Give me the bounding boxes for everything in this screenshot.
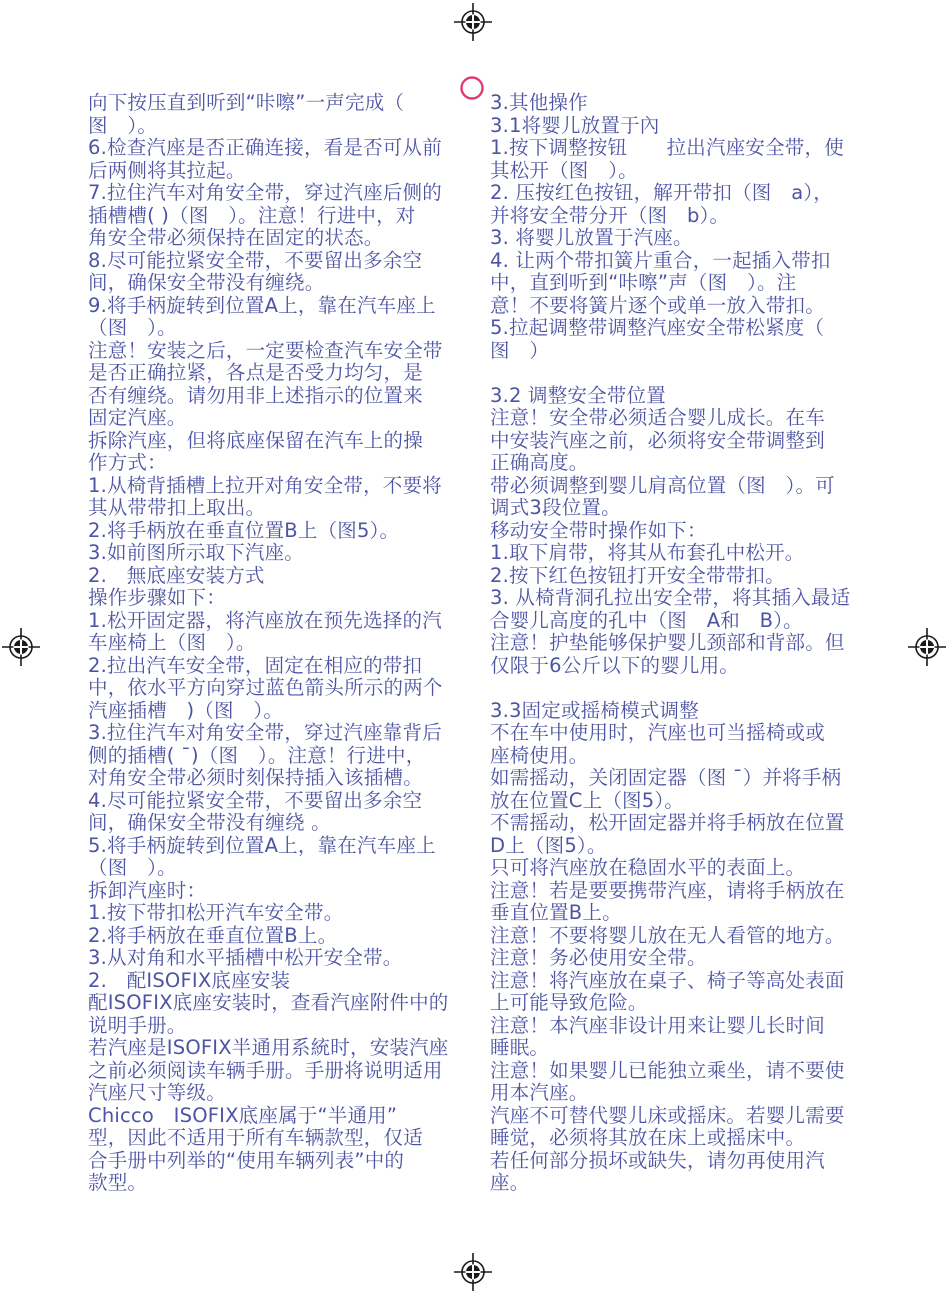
text-line: 3.从对角和水平插槽中松开安全带。 (88, 947, 488, 970)
text-line: 之前必须阅读车辆手册。手册将说明适用 (88, 1060, 488, 1083)
text-line: 只可将汽座放在稳固水平的表面上。 (490, 857, 890, 880)
text-line: 注意！若是要要携带汽座，请将手柄放在 (490, 880, 890, 903)
text-line: 9.将手柄旋转到位置A上，靠在汽车座上 (88, 295, 488, 318)
text-line: 角安全带必须保持在固定的状态。 (88, 227, 488, 250)
text-line: 是否正确拉紧，各点是否受力均匀，是 (88, 362, 488, 385)
text-line: 4.尽可能拉紧安全带，不要留出多余空 (88, 790, 488, 813)
text-line: 侧的插槽( ˉ)（图 ）。注意！行进中， (88, 745, 488, 768)
text-line: 中安装汽座之前，必须将安全带调整到 (490, 430, 890, 453)
text-line: 3.其他操作 (490, 92, 890, 115)
text-line: 意！不要将簧片逐个或单一放入带扣。 (490, 295, 890, 318)
text-line: 说明手册。 (88, 1015, 488, 1038)
text-line: 款型。 (88, 1172, 488, 1195)
text-line: Chicco ISOFIX底座属于“半通用” (88, 1105, 488, 1128)
text-line: 2.拉出汽车安全带，固定在相应的带扣 (88, 655, 488, 678)
text-line: 睡觉，必须将其放在床上或摇床中。 (490, 1127, 890, 1150)
text-line: 并将安全带分开（图 b）。 (490, 205, 890, 228)
text-line: 注意！安装之后，一定要检查汽车安全带 (88, 340, 488, 363)
text-line: 注意！护垫能够保护婴儿颈部和背部。但 (490, 632, 890, 655)
text-line: 汽座不可替代婴儿床或摇床。若婴儿需要 (490, 1105, 890, 1128)
text-line: 正确高度。 (490, 452, 890, 475)
text-line: 中，依水平方向穿过蓝色箭头所示的两个 (88, 677, 488, 700)
text-line: 不需摇动，松开固定器并将手柄放在位置 (490, 812, 890, 835)
left-column: 向下按压直到听到“咔嚓”一声完成（图 ）。6.检查汽座是否正确连接，看是否可从前… (88, 92, 488, 1195)
text-line: 注意！本汽座非设计用来让婴儿长时间 (490, 1015, 890, 1038)
text-line: 移动安全带时操作如下： (490, 520, 890, 543)
text-line: 间，确保安全带没有缠绕 。 (88, 812, 488, 835)
text-line: 注意！务必使用安全带。 (490, 947, 890, 970)
text-line: 合手册中列举的“使用车辆列表”中的 (88, 1150, 488, 1173)
text-line: 插槽槽( )（图 ）。注意！行进中，对 (88, 205, 488, 228)
text-line: 中，直到听到“咔嚓”声（图 ）。注 (490, 272, 890, 295)
text-line: 1.取下肩带，将其从布套孔中松开。 (490, 542, 890, 565)
text-line (490, 362, 890, 385)
text-line: 操作步骤如下： (88, 587, 488, 610)
text-line: 仅限于6公斤以下的婴儿用。 (490, 655, 890, 678)
text-line: 图 ） (490, 340, 890, 363)
text-line: 注意！不要将婴儿放在无人看管的地方。 (490, 925, 890, 948)
text-line: 3.如前图所示取下汽座。 (88, 542, 488, 565)
text-line: 放在位置C上（图5）。 (490, 790, 890, 813)
text-line: 1.按下带扣松开汽车安全带。 (88, 902, 488, 925)
text-line: 注意！将汽座放在桌子、椅子等高处表面 (490, 970, 890, 993)
text-line: （图 ）。 (88, 857, 488, 880)
text-line: 固定汽座。 (88, 407, 488, 430)
text-line (490, 677, 890, 700)
text-line: 图 ）。 (88, 115, 488, 138)
text-line: 作方式： (88, 452, 488, 475)
text-line: 垂直位置B上。 (490, 902, 890, 925)
text-line: 座椅使用。 (490, 745, 890, 768)
text-line: 其松开（图 ）。 (490, 160, 890, 183)
text-line: 配ISOFIX底座安装时，查看汽座附件中的 (88, 992, 488, 1015)
text-line: 5.拉起调整带调整汽座安全带松紧度（ (490, 317, 890, 340)
text-line: 注意！如果婴儿已能独立乘坐，请不要使 (490, 1060, 890, 1083)
text-line: 6.检查汽座是否正确连接，看是否可从前 (88, 137, 488, 160)
text-line: 汽座插槽 )（图 ）。 (88, 700, 488, 723)
text-line: 4. 让两个带扣簧片重合，一起插入带扣 (490, 250, 890, 273)
text-line: 3.3固定或摇椅模式调整 (490, 700, 890, 723)
text-line: 用本汽座。 (490, 1082, 890, 1105)
text-line: 间，确保安全带没有缠绕。 (88, 272, 488, 295)
text-line: 1.从椅背插槽上拉开对角安全带，不要将 (88, 475, 488, 498)
registration-mark-right-icon (907, 627, 947, 667)
text-line: 7.拉住汽车对角安全带，穿过汽座后侧的 (88, 182, 488, 205)
text-line: 否有缠绕。请勿用非上述指示的位置来 (88, 385, 488, 408)
text-line: 2. 压按红色按钮，解开带扣（图 a）， (490, 182, 890, 205)
text-line: 调式3段位置。 (490, 497, 890, 520)
text-line: 后两侧将其拉起。 (88, 160, 488, 183)
text-line: 座。 (490, 1172, 890, 1195)
text-line: 3. 将婴儿放置于汽座。 (490, 227, 890, 250)
text-line: 睡眠。 (490, 1037, 890, 1060)
manual-page: 向下按压直到听到“咔嚓”一声完成（图 ）。6.检查汽座是否正确连接，看是否可从前… (0, 0, 950, 1295)
text-line: 若任何部分损坏或缺失，请勿再使用汽 (490, 1150, 890, 1173)
registration-mark-top-icon (453, 2, 493, 42)
text-line: 上可能导致危险。 (490, 992, 890, 1015)
text-line: 2. 配ISOFIX底座安装 (88, 970, 488, 993)
text-line: 对角安全带必须时刻保持插入该插槽。 (88, 767, 488, 790)
text-line: 向下按压直到听到“咔嚓”一声完成（ (88, 92, 488, 115)
text-line: 3. 从椅背洞孔拉出安全带，将其插入最适 (490, 587, 890, 610)
text-line: 不在车中使用时，汽座也可当摇椅或或 (490, 722, 890, 745)
text-line: 8.尽可能拉紧安全带，不要留出多余空 (88, 250, 488, 273)
text-line: D上（图5）。 (490, 835, 890, 858)
text-line: （图 ）。 (88, 317, 488, 340)
text-line: 型，因此不适用于所有车辆款型，仅适 (88, 1127, 488, 1150)
text-line: 其从带带扣上取出。 (88, 497, 488, 520)
registration-mark-left-icon (1, 627, 41, 667)
text-line: 如需摇动，关闭固定器（图 ˉ）并将手柄 (490, 767, 890, 790)
text-line: 3.1将婴儿放置于內 (490, 115, 890, 138)
text-line: 注意！安全带必须适合婴儿成长。在车 (490, 407, 890, 430)
text-line: 1.按下调整按钮 拉出汽座安全带，使 (490, 137, 890, 160)
text-line: 拆除汽座，但将底座保留在汽车上的操 (88, 430, 488, 453)
text-line: 车座椅上（图 ）。 (88, 632, 488, 655)
text-line: 汽座尺寸等级。 (88, 1082, 488, 1105)
text-line: 5.将手柄旋转到位置A上，靠在汽车座上 (88, 835, 488, 858)
text-line: 1.松开固定器，将汽座放在预先选择的汽 (88, 610, 488, 633)
text-line: 2.将手柄放在垂直位置B上。 (88, 925, 488, 948)
text-line: 3.2 调整安全带位置 (490, 385, 890, 408)
text-line: 合婴儿高度的孔中（图 A和 B）。 (490, 610, 890, 633)
text-line: 2. 無底座安装方式 (88, 565, 488, 588)
text-line: 2.将手柄放在垂直位置B上（图5）。 (88, 520, 488, 543)
text-line: 2.按下红色按钮打开安全带带扣。 (490, 565, 890, 588)
text-line: 拆卸汽座时： (88, 880, 488, 903)
text-line: 3.拉住汽车对角安全带，穿过汽座靠背后 (88, 722, 488, 745)
right-column: 3.其他操作3.1将婴儿放置于內1.按下调整按钮 拉出汽座安全带，使其松开（图 … (490, 92, 890, 1195)
registration-mark-bottom-icon (453, 1252, 493, 1292)
text-line: 带必须调整到婴儿肩高位置（图 ）。可 (490, 475, 890, 498)
text-line: 若汽座是ISOFIX半通用系統时，安装汽座 (88, 1037, 488, 1060)
